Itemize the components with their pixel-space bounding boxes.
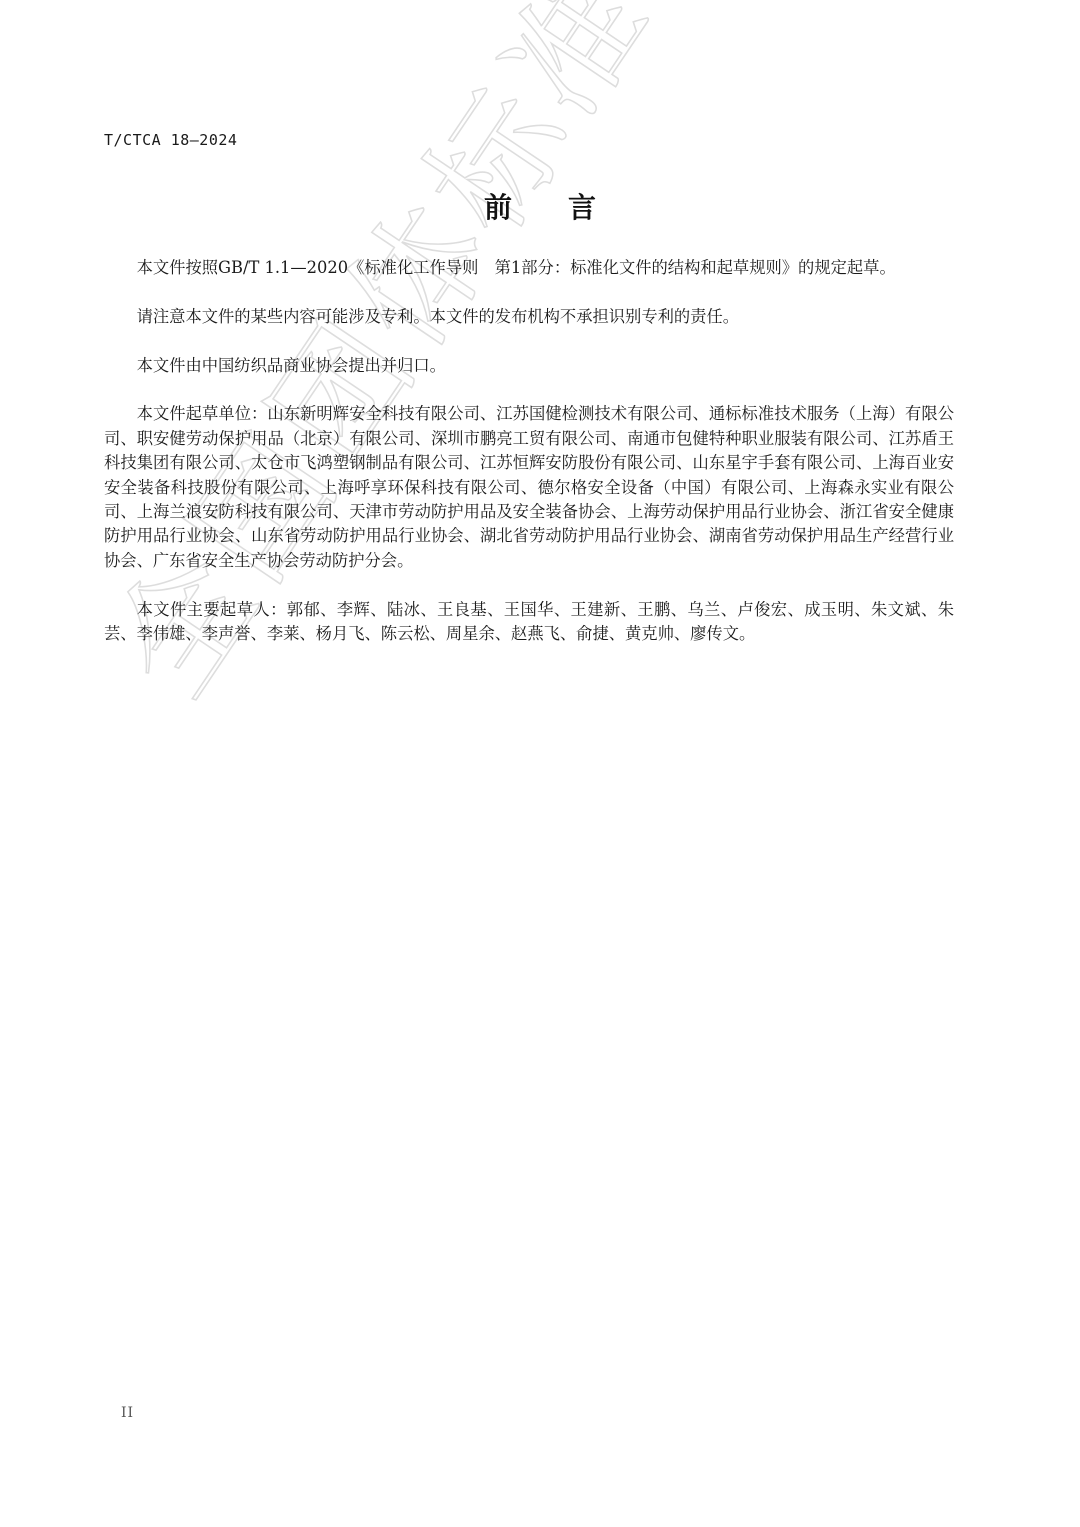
title-char-1: 前 — [484, 191, 512, 224]
paragraph-proposer: 本文件由中国纺织品商业协会提出并归口。 — [104, 354, 954, 378]
paragraph-patent-notice: 请注意本文件的某些内容可能涉及专利。本文件的发布机构不承担识别专利的责任。 — [104, 305, 954, 329]
paragraph-drafting-rules: 本文件按照GB/T 1.1—2020《标准化工作导则 第1部分：标准化文件的结构… — [104, 256, 954, 280]
paragraph-drafters: 本文件主要起草人：郭郁、李辉、陆冰、王良基、王国华、王建新、王鹏、乌兰、卢俊宏、… — [104, 598, 954, 647]
page-number: II — [121, 1405, 134, 1421]
page-title: 前言 — [0, 186, 1080, 226]
title-char-2: 言 — [568, 191, 596, 224]
watermark-layer: 全国团体标准信息平台 — [0, 0, 1080, 1527]
paragraph-drafting-units: 本文件起草单位：山东新明辉安全科技有限公司、江苏国健检测技术有限公司、通标标准技… — [104, 402, 954, 573]
foreword-body: 本文件按照GB/T 1.1—2020《标准化工作导则 第1部分：标准化文件的结构… — [104, 256, 954, 671]
standard-code: T/CTCA 18—2024 — [104, 131, 237, 149]
document-page: 全国团体标准信息平台 T/CTCA 18—2024 前言 本文件按照GB/T 1… — [0, 0, 1080, 1527]
